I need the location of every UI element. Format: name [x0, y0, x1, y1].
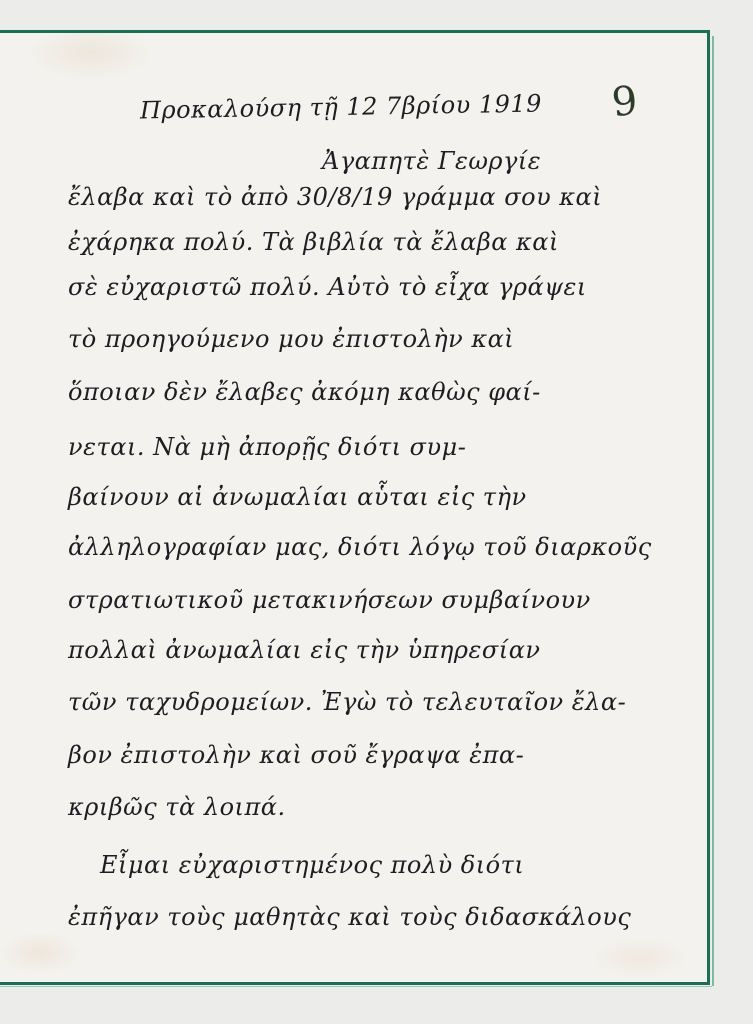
body-line: βον ἐπιστολὴν καὶ σοῦ ἔγραψα ἐπα-	[68, 741, 524, 769]
letter-date-line: Προκαλούση τῇ 12 7βρίου 1919	[140, 89, 542, 124]
body-line: ἀλληλογραφίαν μας, διότι λόγῳ τοῦ διαρκο…	[68, 533, 652, 561]
body-line: στρατιωτικοῦ μετακινήσεων συμβαίνουν	[68, 586, 591, 614]
letter-page: 9 Προκαλούση τῇ 12 7βρίου 1919 Ἀγαπητὲ Γ…	[0, 30, 710, 985]
body-line: σὲ εὐχαριστῶ πολύ. Αὐτὸ τὸ εἶχα γράψει	[68, 273, 587, 301]
body-line: ἔλαβα καὶ τὸ ἀπὸ 30/8/19 γράμμα σου καὶ	[68, 183, 602, 211]
body-line: νεται. Νὰ μὴ ἀπορῇς διότι συμ-	[68, 433, 466, 461]
body-line: Εἶμαι εὐχαριστημένος πολὺ διότι	[100, 851, 524, 879]
page-number: 9	[610, 78, 640, 126]
letter-salutation: Ἀγαπητὲ Γεωργίε	[322, 147, 541, 175]
body-line: τῶν ταχυδρομείων. Ἐγὼ τὸ τελευταῖον ἔλα-	[68, 688, 626, 716]
body-line: βαίνουν αἱ ἀνωμαλίαι αὗται εἰς τὴν	[68, 483, 527, 511]
body-line: ὅποιαν δὲν ἔλαβες ἀκόμη καθὼς φαί-	[68, 378, 541, 406]
body-line: πολλαὶ ἀνωμαλίαι εἰς τὴν ὑπηρεσίαν	[68, 636, 540, 664]
body-line: ἐχάρηκα πολύ. Τὰ βιβλία τὰ ἔλαβα καὶ	[68, 228, 559, 256]
body-line: κριβῶς τὰ λοιπά.	[68, 793, 286, 821]
page-edge-shadow-bottom	[0, 986, 712, 987]
page-edge-shadow	[712, 36, 714, 986]
body-line: ἐπῆγαν τοὺς μαθητὰς καὶ τοὺς διδασκάλους	[68, 903, 631, 931]
body-line: τὸ προηγούμενο μου ἐπιστολὴν καὶ	[68, 325, 514, 353]
